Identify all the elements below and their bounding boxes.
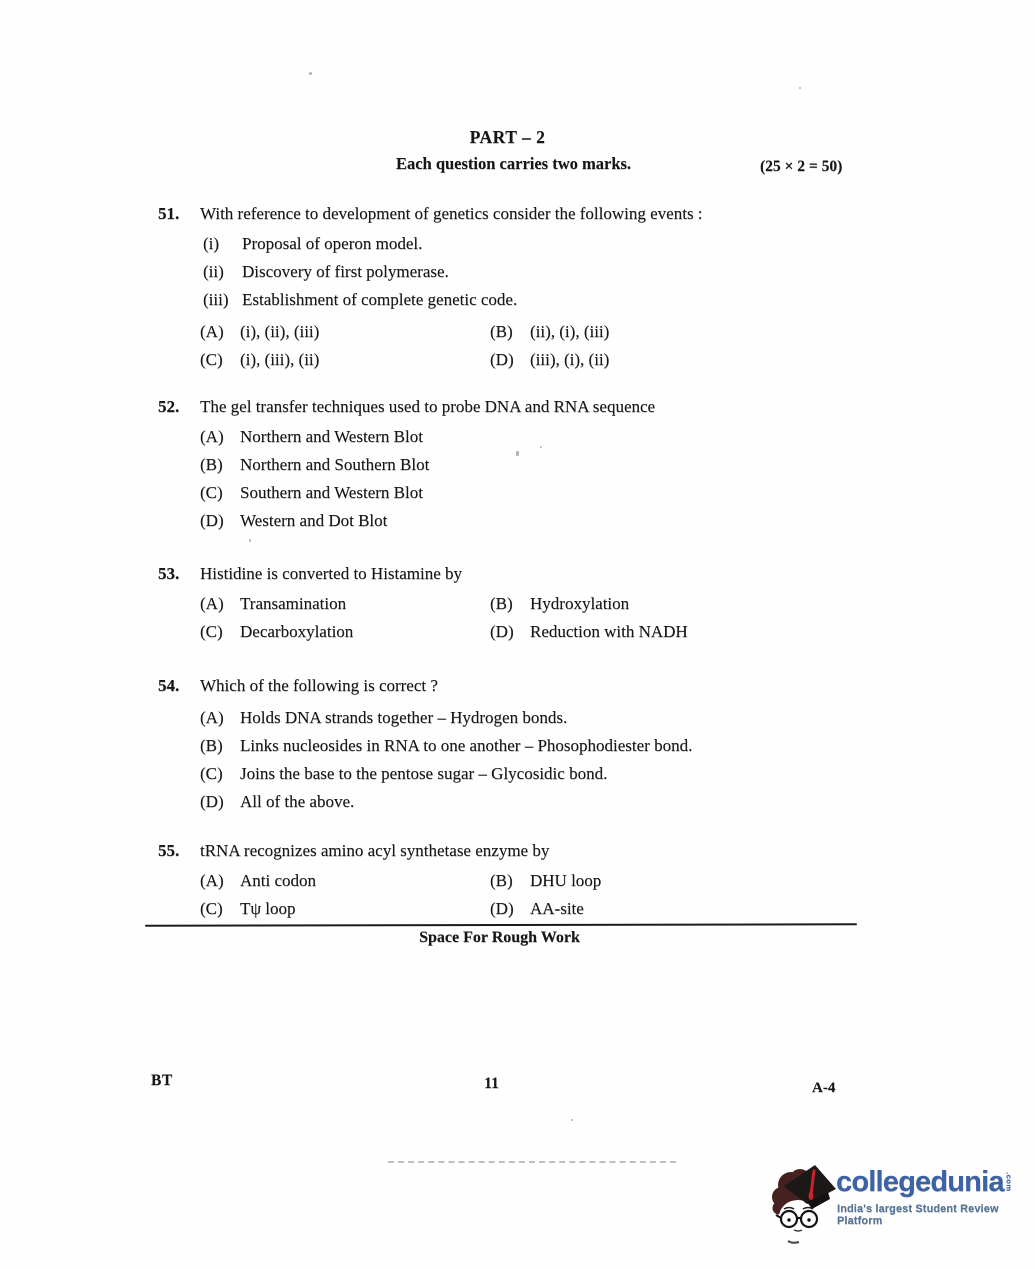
collegedunia-mascot-icon (770, 1158, 836, 1246)
scan-speck (309, 72, 312, 75)
option-d: (D)Western and Dot Blot (200, 507, 888, 535)
question-sub-items: (i)Proposal of operon model. (ii)Discove… (203, 230, 888, 314)
scan-speck (540, 446, 542, 448)
option-label: (B) (490, 867, 530, 895)
question-options: (A)Transamination (B)Hydroxylation (C)De… (200, 590, 888, 646)
brand-text: collegedunia (836, 1168, 1004, 1197)
option-c: (C)Tψ loop (200, 895, 490, 923)
scan-speck (799, 87, 801, 89)
scan-speck (571, 1119, 573, 1121)
rough-work-divider (145, 923, 857, 926)
option-d: (D)AA-site (490, 895, 888, 923)
sub-item-label: (ii) (203, 258, 242, 286)
option-label: (C) (200, 346, 240, 374)
option-label: (C) (200, 895, 240, 923)
collegedunia-logo: collegedunia .com India's largest Studen… (770, 1156, 1015, 1246)
option-text: Tψ loop (240, 899, 296, 918)
option-a: (A)Transamination (200, 590, 490, 618)
question-number: 55. (158, 839, 200, 863)
option-label: (A) (200, 423, 240, 451)
question-options: (A)Anti codon (B)DHU loop (C)Tψ loop (D)… (200, 867, 888, 923)
question-52: 52. The gel transfer techniques used to … (158, 395, 888, 535)
footer-page-number: 11 (0, 1075, 1009, 1093)
sub-item: (iii)Establishment of complete genetic c… (203, 286, 888, 314)
option-label: (A) (200, 318, 240, 346)
option-label: (A) (200, 590, 240, 618)
option-a: (A)Northern and Western Blot (200, 423, 888, 451)
sub-item-label: (i) (203, 230, 242, 258)
option-label: (D) (200, 507, 240, 535)
question-text: Which of the following is correct ? (200, 674, 438, 698)
dashed-tear-line (388, 1161, 676, 1163)
option-text: Southern and Western Blot (240, 483, 423, 502)
sub-item-text: Discovery of first polymerase. (242, 262, 449, 281)
sub-item: (ii)Discovery of first polymerase. (203, 258, 888, 286)
option-text: Reduction with NADH (530, 622, 688, 641)
option-label: (C) (200, 479, 240, 507)
option-c: (C)Southern and Western Blot (200, 479, 888, 507)
question-53: 53. Histidine is converted to Histamine … (158, 562, 888, 646)
option-text: DHU loop (530, 871, 601, 890)
option-text: (i), (ii), (iii) (240, 322, 319, 341)
question-head: 51. With reference to development of gen… (158, 202, 888, 226)
option-text: Northern and Southern Blot (240, 455, 429, 474)
brand-tagline: India's largest Student Review Platform (837, 1203, 1015, 1227)
option-label: (D) (200, 788, 240, 816)
option-label: (A) (200, 704, 240, 732)
option-text: Holds DNA strands together – Hydrogen bo… (240, 708, 567, 727)
question-head: 54. Which of the following is correct ? (158, 674, 888, 698)
question-text: Histidine is converted to Histamine by (200, 562, 462, 586)
question-text: tRNA recognizes amino acyl synthetase en… (200, 839, 549, 863)
option-text: (iii), (i), (ii) (530, 350, 609, 369)
scan-speck (516, 451, 519, 456)
sub-item-text: Proposal of operon model. (242, 234, 422, 253)
option-label: (B) (490, 318, 530, 346)
question-55: 55. tRNA recognizes amino acyl synthetas… (158, 839, 888, 923)
option-text: Decarboxylation (240, 622, 353, 641)
sub-item-label: (iii) (203, 286, 242, 314)
scan-speck (249, 539, 251, 542)
option-c: (C)Joins the base to the pentose sugar –… (200, 760, 888, 788)
option-label: (C) (200, 618, 240, 646)
option-text: Northern and Western Blot (240, 427, 423, 446)
marks-note: Each question carries two marks. (0, 154, 1031, 174)
option-label: (B) (490, 590, 530, 618)
question-head: 52. The gel transfer techniques used to … (158, 395, 888, 419)
option-text: Links nucleosides in RNA to one another … (240, 736, 692, 755)
question-54: 54. Which of the following is correct ? … (158, 674, 888, 816)
option-text: (ii), (i), (iii) (530, 322, 609, 341)
question-options: (A)Holds DNA strands together – Hydrogen… (200, 704, 888, 816)
question-51: 51. With reference to development of gen… (158, 202, 888, 374)
marks-total: (25 × 2 = 50) (760, 158, 842, 176)
brand-suffix: .com (1005, 1172, 1014, 1192)
option-text: Joins the base to the pentose sugar – Gl… (240, 764, 607, 783)
option-c: (C)(i), (iii), (ii) (200, 346, 490, 374)
footer-set-code: A-4 (812, 1080, 835, 1097)
question-number: 54. (158, 674, 200, 698)
exam-page: PART – 2 Each question carries two marks… (0, 0, 1035, 1269)
option-label: (B) (200, 732, 240, 760)
sub-item: (i)Proposal of operon model. (203, 230, 888, 258)
option-a: (A)(i), (ii), (iii) (200, 318, 490, 346)
question-options: (A)(i), (ii), (iii) (B)(ii), (i), (iii) … (200, 318, 888, 374)
option-text: Hydroxylation (530, 594, 629, 613)
question-text: The gel transfer techniques used to prob… (200, 395, 655, 419)
question-text: With reference to development of genetic… (200, 202, 703, 226)
question-number: 51. (158, 202, 200, 226)
option-b: (B)Northern and Southern Blot (200, 451, 888, 479)
option-label: (B) (200, 451, 240, 479)
option-label: (D) (490, 618, 530, 646)
option-a: (A)Holds DNA strands together – Hydrogen… (200, 704, 888, 732)
part-title: PART – 2 (0, 127, 1025, 148)
option-text: All of the above. (240, 792, 354, 811)
option-d: (D)Reduction with NADH (490, 618, 888, 646)
option-text: Western and Dot Blot (240, 511, 387, 530)
option-label: (A) (200, 867, 240, 895)
option-label: (D) (490, 346, 530, 374)
option-text: Transamination (240, 594, 346, 613)
question-head: 53. Histidine is converted to Histamine … (158, 562, 888, 586)
option-text: (i), (iii), (ii) (240, 350, 319, 369)
option-label: (C) (200, 760, 240, 788)
option-c: (C)Decarboxylation (200, 618, 490, 646)
question-number: 52. (158, 395, 200, 419)
collegedunia-wordmark: collegedunia .com (836, 1168, 1014, 1197)
rough-work-label: Space For Rough Work (0, 929, 1017, 947)
option-a: (A)Anti codon (200, 867, 490, 895)
option-b: (B)DHU loop (490, 867, 888, 895)
question-number: 53. (158, 562, 200, 586)
option-d: (D)(iii), (i), (ii) (490, 346, 888, 374)
option-label: (D) (490, 895, 530, 923)
question-options: (A)Northern and Western Blot (B)Northern… (200, 423, 888, 535)
option-text: AA-site (530, 899, 584, 918)
option-b: (B)(ii), (i), (iii) (490, 318, 888, 346)
question-head: 55. tRNA recognizes amino acyl synthetas… (158, 839, 888, 863)
option-b: (B)Links nucleosides in RNA to one anoth… (200, 732, 888, 760)
option-b: (B)Hydroxylation (490, 590, 888, 618)
sub-item-text: Establishment of complete genetic code. (242, 290, 517, 309)
option-d: (D)All of the above. (200, 788, 888, 816)
option-text: Anti codon (240, 871, 316, 890)
